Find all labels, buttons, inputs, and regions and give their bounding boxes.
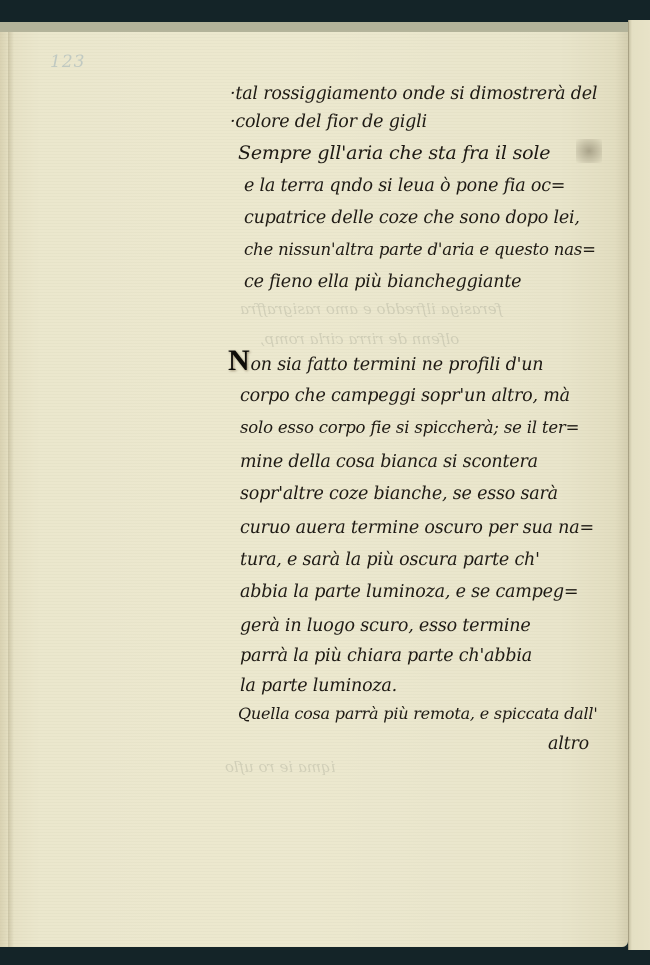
line-text: che nissun'altra parte d'aria e questo n… bbox=[244, 240, 596, 259]
line-text: solo esso corpo fie si spiccherà; se il … bbox=[240, 418, 579, 437]
text-line: gerà in luogo scuro, esso termine bbox=[240, 616, 531, 636]
line-text: mine della cosa bianca si scontera bbox=[240, 452, 538, 472]
line-text: ·tal rossiggiamento onde si dimostrerà d… bbox=[230, 84, 597, 104]
line-text: gerà in luogo scuro, esso termine bbox=[240, 616, 531, 636]
text-line: che nissun'altra parte d'aria e questo n… bbox=[244, 240, 596, 259]
text-line: sopr'altre coze bianche, se esso sarà bbox=[240, 484, 558, 504]
manuscript-scan: 123 ferasiga ilfreddo e amo rasigraffra … bbox=[0, 0, 650, 965]
line-text: cupatrice delle coze che sono dopo lei, bbox=[244, 208, 580, 228]
text-line: ·colore del fior de gigli bbox=[230, 112, 427, 132]
catchword: altro bbox=[548, 734, 589, 754]
text-line: cupatrice delle coze che sono dopo lei, bbox=[244, 208, 580, 228]
text-line: parrà la più chiara parte ch'abbia bbox=[240, 646, 532, 666]
drop-cap: N bbox=[228, 348, 249, 374]
text-line: curuo auera termine oscuro per sua na= bbox=[240, 518, 594, 538]
ink-stain bbox=[576, 139, 602, 163]
line-text: e la terra qndo si leua ò pone fia oc= bbox=[244, 176, 565, 196]
text-line: ·tal rossiggiamento onde si dimostrerà d… bbox=[230, 84, 597, 104]
bleed-through-text: ferasiga ilfreddo e amo rasigraffra bbox=[240, 300, 502, 318]
text-line: mine della cosa bianca si scontera bbox=[240, 452, 538, 472]
adjacent-page-edge bbox=[628, 20, 650, 950]
text-line: Quella cosa parrà più remota, e spiccata… bbox=[238, 704, 598, 723]
line-text: Sempre gll'aria che sta fra il sole bbox=[238, 142, 550, 164]
text-line: solo esso corpo fie si spiccherà; se il … bbox=[240, 418, 579, 437]
folio-number: 123 bbox=[50, 52, 85, 72]
text-line: e la terra qndo si leua ò pone fia oc= bbox=[244, 176, 565, 196]
line-text: curuo auera termine oscuro per sua na= bbox=[240, 518, 594, 538]
paragraph-first-line: Non sia fatto termini ne profili d'un bbox=[228, 348, 543, 375]
line-text: ·colore del fior de gigli bbox=[230, 112, 427, 132]
text-line: la parte luminoza. bbox=[240, 676, 397, 696]
bleed-through-text: iqma ie ro uflo bbox=[225, 758, 335, 776]
line-text: abbia la parte luminoza, e se campeg= bbox=[240, 582, 578, 602]
text-line: corpo che campeggi sopr'un altro, mà bbox=[240, 386, 570, 406]
line-text: parrà la più chiara parte ch'abbia bbox=[240, 646, 532, 666]
line-text: la parte luminoza. bbox=[240, 676, 397, 696]
line-text: ce fieno ella più biancheggiante bbox=[244, 272, 521, 292]
line-text: altro bbox=[548, 734, 589, 754]
text-line: tura, e sarà la più oscura parte ch' bbox=[240, 550, 540, 570]
text-line: abbia la parte luminoza, e se campeg= bbox=[240, 582, 578, 602]
bleed-through-text: olfenn de rirra cirla romp, bbox=[260, 330, 459, 348]
text-line: Sempre gll'aria che sta fra il sole bbox=[238, 142, 550, 164]
line-text: corpo che campeggi sopr'un altro, mà bbox=[240, 386, 570, 406]
line-text: tura, e sarà la più oscura parte ch' bbox=[240, 550, 540, 570]
line-text: sopr'altre coze bianche, se esso sarà bbox=[240, 484, 558, 504]
line-text: on sia fatto termini ne profili d'un bbox=[250, 355, 543, 375]
text-line: ce fieno ella più biancheggiante bbox=[244, 272, 521, 292]
line-text: Quella cosa parrà più remota, e spiccata… bbox=[238, 704, 598, 723]
